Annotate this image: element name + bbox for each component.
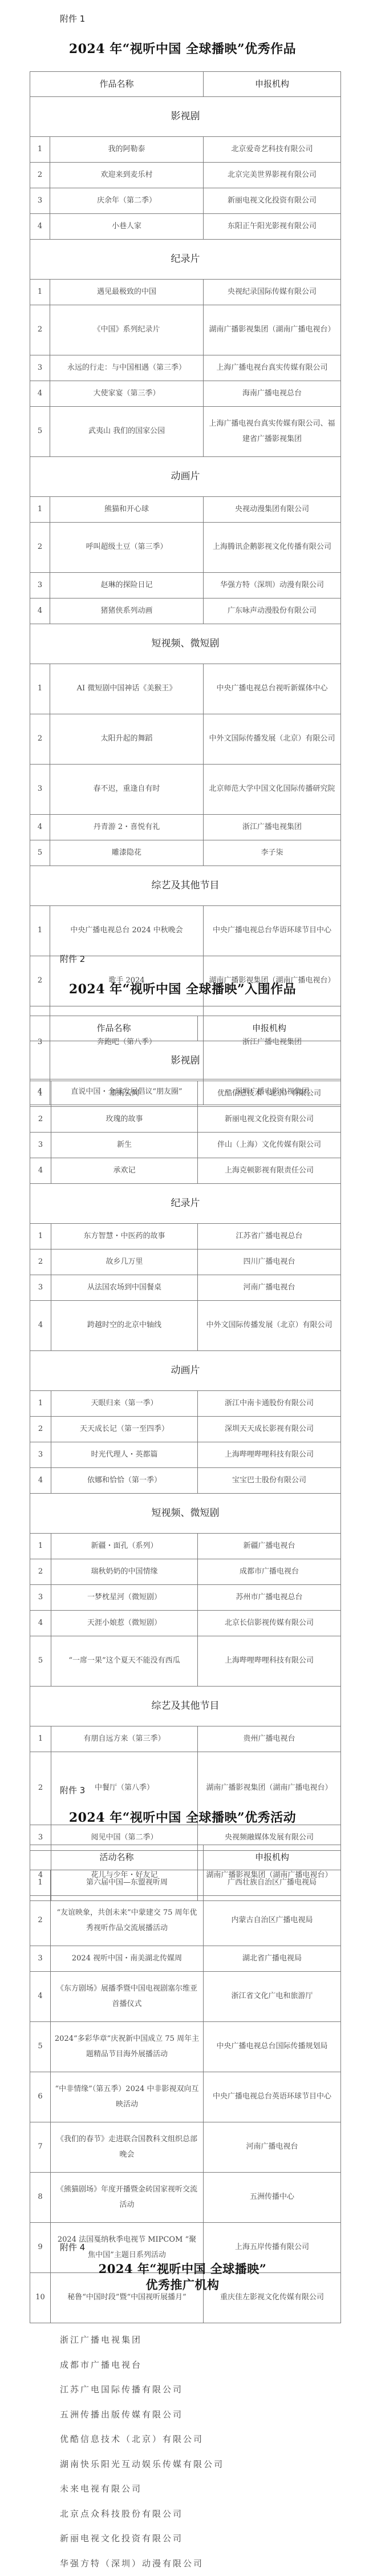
table-row: 1东方智慧・中医药的故事江苏省广播电视总台 bbox=[30, 1224, 341, 1249]
org-name: 内蒙古自治区广播电视局 bbox=[204, 1896, 341, 1946]
row-number: 3 bbox=[30, 1133, 51, 1158]
org-name: 优酷信息技术（北京）有限公司 bbox=[198, 1081, 341, 1107]
list-item: 优酷信息技术（北京）有限公司 bbox=[60, 2427, 224, 2452]
annex-3-title: 2024 年“视听中国 全球播映”优秀活动 bbox=[0, 1810, 365, 1827]
table-row: 2欢迎来到麦乐村北京完美世界影视有限公司 bbox=[30, 163, 341, 188]
activity-name: “中非情缘”（第五季）2024 中非影视双向互映活动 bbox=[51, 2072, 204, 2122]
table-row: 8《熊猫剧场》年度开播暨金砖国家视听交流活动五洲传播中心 bbox=[30, 2173, 341, 2223]
list-item: 华强方特（深圳）动漫有限公司 bbox=[60, 2551, 224, 2576]
row-number: 4 bbox=[30, 1972, 51, 2022]
table-row: 6“中非情缘”（第五季）2024 中非影视双向互映活动中央广播电视总台英语环球节… bbox=[30, 2072, 341, 2122]
activity-name: 《我们的春节》走进联合国教科文组织总部晚会 bbox=[51, 2122, 204, 2173]
list-item: 江苏广电国际传播有限公司 bbox=[60, 2377, 224, 2403]
row-number: 7 bbox=[30, 2122, 51, 2173]
table-header-row: 作品名称 申报机构 bbox=[30, 1016, 341, 1041]
org-name: 河南广播电视台 bbox=[198, 1275, 341, 1301]
table-row: 5“一席一果”这个夏天不能没有西瓜上海哔哩哔哩科技有限公司 bbox=[30, 1636, 341, 1687]
table-row: 2瑞秋奶奶的中国情缘成都市广播电视台 bbox=[30, 1559, 341, 1585]
table-header-row: 作品名称 申报机构 bbox=[30, 72, 341, 97]
table-header-row: 活动名称 申报机构 bbox=[30, 1845, 341, 1870]
activity-name: 第六届中国—东盟视听周 bbox=[51, 1870, 204, 1896]
org-name: 上海哔哩哔哩科技有限公司 bbox=[198, 1636, 341, 1687]
org-name: 贵州广播电视台 bbox=[198, 1726, 341, 1752]
row-number: 4 bbox=[30, 1611, 51, 1636]
org-name: 中外文国际传播发展（北京）有限公司 bbox=[198, 1301, 341, 1351]
work-name: 太阳升起的舞蹈 bbox=[50, 714, 204, 765]
row-number: 5 bbox=[30, 1636, 51, 1687]
table-row: 4大使家宴（第三季）海南广播电视总台 bbox=[30, 381, 341, 407]
table-row: 4小巷人家东阳正午阳光影视有限公司 bbox=[30, 214, 341, 240]
row-number: 2 bbox=[30, 1896, 51, 1946]
work-name: 天眼归来（第一季） bbox=[51, 1391, 198, 1417]
row-number: 4 bbox=[30, 381, 50, 407]
org-name: 中央广播电视总台国际传播规划局 bbox=[204, 2022, 341, 2072]
org-name: 中央广播电视总台英语环球节目中心 bbox=[204, 2072, 341, 2122]
section-heading: 综艺及其他节目 bbox=[30, 866, 341, 906]
row-number: 1 bbox=[30, 906, 50, 956]
org-name: 湖南广播影视集团（湖南广播电视台） bbox=[204, 305, 341, 355]
row-number: 1 bbox=[30, 1726, 51, 1752]
org-name: 北京师范大学中国文化国际传播研究院 bbox=[204, 765, 341, 815]
table-row: 1天眼归来（第一季）浙江中南卡通股份有限公司 bbox=[30, 1391, 341, 1417]
row-number: 3 bbox=[30, 765, 50, 815]
annex-3-label: 附件 3 bbox=[60, 1784, 85, 1796]
list-item: 湖南快乐阳光互动娱乐传媒有限公司 bbox=[60, 2452, 224, 2477]
table-row: 3从法国农场到中国餐桌河南广播电视台 bbox=[30, 1275, 341, 1301]
row-number: 2 bbox=[30, 1559, 51, 1585]
work-name: 承欢记 bbox=[51, 1158, 198, 1184]
section-heading: 影视剧 bbox=[30, 1041, 341, 1081]
work-name: 我的阿勒泰 bbox=[50, 137, 204, 163]
table-row: 1熊猫和开心球央视动漫集团有限公司 bbox=[30, 497, 341, 523]
work-name: 呼叫超级土豆（第三季） bbox=[50, 523, 204, 573]
org-name: 上海广播电视台真实传媒有限公司 bbox=[204, 355, 341, 381]
org-name: 上海广播电视台真实传媒有限公司、福建省广播影视集团 bbox=[204, 407, 341, 457]
row-number: 1 bbox=[30, 1224, 51, 1249]
work-name: 丹青游 2・喜悦有礼 bbox=[50, 815, 204, 840]
section-heading: 纪录片 bbox=[30, 240, 341, 280]
row-number: 2 bbox=[30, 1107, 51, 1133]
org-name: 中外文国际传播发展（北京）有限公司 bbox=[204, 714, 341, 765]
work-name: 故乡几万里 bbox=[51, 1249, 198, 1275]
list-item: 未来电视有限公司 bbox=[60, 2477, 224, 2502]
row-number: 4 bbox=[30, 598, 50, 624]
header-org: 申报机构 bbox=[204, 72, 341, 97]
org-name: 深圳天天成长影视有限公司 bbox=[198, 1417, 341, 1442]
table-row: 1墨雨云间优酷信息技术（北京）有限公司 bbox=[30, 1081, 341, 1107]
table-row: 4依娜和恰恰（第一季）宝宝巴士股份有限公司 bbox=[30, 1468, 341, 1494]
list-item: 浙江广播电视集团 bbox=[60, 2328, 224, 2353]
annex-2-title: 2024 年“视听中国 全球播映”入围作品 bbox=[0, 981, 365, 998]
work-name: 东方智慧・中医药的故事 bbox=[51, 1224, 198, 1249]
row-number: 3 bbox=[30, 1275, 51, 1301]
list-item: 五洲传播出版传媒有限公司 bbox=[60, 2403, 224, 2428]
work-name: 猪猪侠系列动画 bbox=[50, 598, 204, 624]
org-name: 河南广播电视台 bbox=[204, 2122, 341, 2173]
work-name: 天天成长记（第一至四季） bbox=[51, 1417, 198, 1442]
list-item: 新丽电视文化投资有限公司 bbox=[60, 2526, 224, 2551]
org-name: 北京爱奇艺科技有限公司 bbox=[204, 137, 341, 163]
activity-name: 2024 视听中国・南美湖北传媒周 bbox=[51, 1946, 204, 1972]
table-row: 7《我们的春节》走进联合国教科文组织总部晚会河南广播电视台 bbox=[30, 2122, 341, 2173]
row-number: 1 bbox=[30, 1534, 51, 1559]
table-row: 2故乡几万里四川广播电视台 bbox=[30, 1249, 341, 1275]
row-number: 1 bbox=[30, 1081, 51, 1107]
section-heading: 短视频、微短剧 bbox=[30, 624, 341, 664]
table-row: 32024 视听中国・南美湖北传媒周湖北省广播电视局 bbox=[30, 1946, 341, 1972]
work-name: 一梦枕星河（微短剧） bbox=[51, 1585, 198, 1611]
org-name: 伴山（上海）文化传媒有限公司 bbox=[198, 1133, 341, 1158]
work-name: 新生 bbox=[51, 1133, 198, 1158]
table-row: 52024“多彩华章”庆祝新中国成立 75 周年主题精品节目海外展播活动中央广播… bbox=[30, 2022, 341, 2072]
row-number: 2 bbox=[30, 1249, 51, 1275]
list-item: 成都市广播电视台 bbox=[60, 2353, 224, 2378]
work-name: 《中国》系列纪录片 bbox=[50, 305, 204, 355]
header-org: 申报机构 bbox=[204, 1845, 341, 1870]
activity-name: 《东方剧场》展播季暨中国电视剧塞尔维亚首播仪式 bbox=[51, 1972, 204, 2022]
annex-4-title-line-2: 优秀推广机构 bbox=[0, 2277, 365, 2293]
work-name: 天涯小娘惹（微短剧） bbox=[51, 1611, 198, 1636]
org-name: 新丽电视文化投资有限公司 bbox=[198, 1107, 341, 1133]
org-name: 北京长信影视传媒有限公司 bbox=[198, 1611, 341, 1636]
org-name: 上海哔哩哔哩科技有限公司 bbox=[198, 1442, 341, 1468]
row-number: 1 bbox=[30, 280, 50, 305]
annex-1-label: 附件 1 bbox=[60, 13, 85, 25]
work-name: 小巷人家 bbox=[50, 214, 204, 240]
org-name: 李子柒 bbox=[204, 840, 341, 866]
promotion-org-list: 浙江广播电视集团 成都市广播电视台 江苏广电国际传播有限公司 五洲传播出版传媒有… bbox=[60, 2328, 224, 2576]
row-number: 1 bbox=[30, 137, 50, 163]
work-name: 永远的行走：与中国相遇（第三季） bbox=[50, 355, 204, 381]
row-number: 3 bbox=[30, 1442, 51, 1468]
table-row: 2《中国》系列纪录片湖南广播影视集团（湖南广播电视台） bbox=[30, 305, 341, 355]
row-number: 5 bbox=[30, 2022, 51, 2072]
org-name: 海南广播电视总台 bbox=[204, 381, 341, 407]
work-name: AI 微短剧中国神话《美猴王》 bbox=[50, 664, 204, 714]
org-name: 苏州市广播电视总台 bbox=[198, 1585, 341, 1611]
annex-4-label: 附件 4 bbox=[60, 2241, 85, 2253]
row-number: 4 bbox=[30, 1468, 51, 1494]
work-name: 瑞秋奶奶的中国情缘 bbox=[51, 1559, 198, 1585]
table-row: 2太阳升起的舞蹈中外文国际传播发展（北京）有限公司 bbox=[30, 714, 341, 765]
table-row: 1有朋自远方来（第三季）贵州广播电视台 bbox=[30, 1726, 341, 1752]
section-heading: 综艺及其他节目 bbox=[30, 1687, 341, 1726]
annex-1-table: 作品名称 申报机构 影视剧 1我的阿勒泰北京爱奇艺科技有限公司 2欢迎来到麦乐村… bbox=[30, 71, 341, 1105]
table-row: 4天涯小娘惹（微短剧）北京长信影视传媒有限公司 bbox=[30, 1611, 341, 1636]
table-row: 2“友谊映象，共创未来”中蒙建交 75 周年优秀视听作品交流展播活动内蒙古自治区… bbox=[30, 1896, 341, 1946]
work-name: 遇见最极致的中国 bbox=[50, 280, 204, 305]
row-number: 2 bbox=[30, 523, 50, 573]
row-number: 6 bbox=[30, 2072, 51, 2122]
row-number: 5 bbox=[30, 840, 50, 866]
org-name: 东阳正午阳光影视有限公司 bbox=[204, 214, 341, 240]
table-row: 1中央广播电视总台 2024 中秋晚会中央广播电视总台华语环球节目中心 bbox=[30, 906, 341, 956]
annex-1-title: 2024 年“视听中国 全球播映”优秀作品 bbox=[0, 41, 365, 58]
row-number: 3 bbox=[30, 188, 50, 214]
work-name: 赵琳的探险日记 bbox=[50, 573, 204, 598]
annex-2-table: 作品名称 申报机构 影视剧 1墨雨云间优酷信息技术（北京）有限公司 2玫瑰的故事… bbox=[30, 1016, 341, 1901]
org-name: 江苏省广播电视总台 bbox=[198, 1224, 341, 1249]
work-name: 雕漆隐花 bbox=[50, 840, 204, 866]
table-row: 4《东方剧场》展播季暨中国电视剧塞尔维亚首播仪式浙江省文化广电和旅游厅 bbox=[30, 1972, 341, 2022]
work-name: 新疆・面孔（系列） bbox=[51, 1534, 198, 1559]
table-row: 4承欢记上海克顿影视有限责任公司 bbox=[30, 1158, 341, 1184]
work-name: 从法国农场到中国餐桌 bbox=[51, 1275, 198, 1301]
section-heading: 短视频、微短剧 bbox=[30, 1494, 341, 1534]
table-row: 3一梦枕星河（微短剧）苏州市广播电视总台 bbox=[30, 1585, 341, 1611]
table-row: 4猪猪侠系列动画广东咏声动漫股份有限公司 bbox=[30, 598, 341, 624]
row-number: 5 bbox=[30, 407, 50, 457]
table-row: 3赵琳的探险日记华强方特（深圳）动漫有限公司 bbox=[30, 573, 341, 598]
org-name: 北京完美世界影视有限公司 bbox=[204, 163, 341, 188]
table-row: 4丹青游 2・喜悦有礼浙江广播电视集团 bbox=[30, 815, 341, 840]
header-org: 申报机构 bbox=[198, 1016, 341, 1041]
org-name: 广西壮族自治区广播电视局 bbox=[204, 1870, 341, 1896]
org-name: 华强方特（深圳）动漫有限公司 bbox=[204, 573, 341, 598]
row-number: 4 bbox=[30, 1158, 51, 1184]
header-work-name: 作品名称 bbox=[30, 72, 204, 97]
work-name: 时光代理人・英都篇 bbox=[51, 1442, 198, 1468]
table-row: 1AI 微短剧中国神话《美猴王》中央广播电视总台视听新媒体中心 bbox=[30, 664, 341, 714]
row-number: 1 bbox=[30, 497, 50, 523]
table-row: 1第六届中国—东盟视听周广西壮族自治区广播电视局 bbox=[30, 1870, 341, 1896]
row-number: 4 bbox=[30, 1301, 51, 1351]
section-heading: 纪录片 bbox=[30, 1184, 341, 1224]
row-number: 1 bbox=[30, 664, 50, 714]
org-name: 四川广播电视台 bbox=[198, 1249, 341, 1275]
annex-2-label: 附件 2 bbox=[60, 953, 85, 965]
table-row: 1我的阿勒泰北京爱奇艺科技有限公司 bbox=[30, 137, 341, 163]
section-heading: 影视剧 bbox=[30, 97, 341, 137]
table-row: 3庆余年（第二季）新丽电视文化投资有限公司 bbox=[30, 188, 341, 214]
work-name: 大使家宴（第三季） bbox=[50, 381, 204, 407]
table-row: 3永远的行走：与中国相遇（第三季）上海广播电视台真实传媒有限公司 bbox=[30, 355, 341, 381]
org-name: 浙江广播电视集团 bbox=[204, 815, 341, 840]
table-row: 4跨越时空的北京中轴线中外文国际传播发展（北京）有限公司 bbox=[30, 1301, 341, 1351]
section-heading: 动画片 bbox=[30, 1351, 341, 1391]
work-name: 有朋自远方来（第三季） bbox=[51, 1726, 198, 1752]
row-number: 8 bbox=[30, 2173, 51, 2223]
table-row: 2玫瑰的故事新丽电视文化投资有限公司 bbox=[30, 1107, 341, 1133]
table-row: 1遇见最极致的中国央视纪录国际传媒有限公司 bbox=[30, 280, 341, 305]
table-row: 2呼叫超级土豆（第三季）上海腾讯企鹅影视文化传播有限公司 bbox=[30, 523, 341, 573]
org-name: 央视动漫集团有限公司 bbox=[204, 497, 341, 523]
work-name: 武夷山 我们的国家公园 bbox=[50, 407, 204, 457]
org-name: 新疆广播电视台 bbox=[198, 1534, 341, 1559]
work-name: 跨越时空的北京中轴线 bbox=[51, 1301, 198, 1351]
org-name: 上海腾讯企鹅影视文化传播有限公司 bbox=[204, 523, 341, 573]
row-number: 2 bbox=[30, 714, 50, 765]
org-name: 湖北省广播电视局 bbox=[204, 1946, 341, 1972]
org-name: 五洲传播中心 bbox=[204, 2173, 341, 2223]
section-heading: 动画片 bbox=[30, 457, 341, 497]
org-name: 宝宝巴士股份有限公司 bbox=[198, 1468, 341, 1494]
work-name: 墨雨云间 bbox=[51, 1081, 198, 1107]
org-name: 成都市广播电视台 bbox=[198, 1559, 341, 1585]
work-name: 玫瑰的故事 bbox=[51, 1107, 198, 1133]
row-number: 4 bbox=[30, 815, 50, 840]
org-name: 广东咏声动漫股份有限公司 bbox=[204, 598, 341, 624]
row-number: 3 bbox=[30, 355, 50, 381]
header-activity-name: 活动名称 bbox=[30, 1845, 204, 1870]
table-row: 5武夷山 我们的国家公园上海广播电视台真实传媒有限公司、福建省广播影视集团 bbox=[30, 407, 341, 457]
activity-name: “友谊映象，共创未来”中蒙建交 75 周年优秀视听作品交流展播活动 bbox=[51, 1896, 204, 1946]
table-row: 3新生伴山（上海）文化传媒有限公司 bbox=[30, 1133, 341, 1158]
row-number: 1 bbox=[30, 1391, 51, 1417]
row-number: 1 bbox=[30, 1870, 51, 1896]
org-name: 央视纪录国际传媒有限公司 bbox=[204, 280, 341, 305]
org-name: 中央广播电视总台视听新媒体中心 bbox=[204, 664, 341, 714]
activity-name: 2024“多彩华章”庆祝新中国成立 75 周年主题精品节目海外展播活动 bbox=[51, 2022, 204, 2072]
work-name: 欢迎来到麦乐村 bbox=[50, 163, 204, 188]
table-row: 2天天成长记（第一至四季）深圳天天成长影视有限公司 bbox=[30, 1417, 341, 1442]
work-name: “一席一果”这个夏天不能没有西瓜 bbox=[51, 1636, 198, 1687]
activity-name: 《熊猫剧场》年度开播暨金砖国家视听交流活动 bbox=[51, 2173, 204, 2223]
org-name: 中央广播电视总台华语环球节目中心 bbox=[204, 906, 341, 956]
work-name: 中央广播电视总台 2024 中秋晚会 bbox=[50, 906, 204, 956]
list-item: 北京点众科技股份有限公司 bbox=[60, 2502, 224, 2527]
row-number: 2 bbox=[30, 1417, 51, 1442]
org-name: 浙江中南卡通股份有限公司 bbox=[198, 1391, 341, 1417]
work-name: 春不迟，重逢自有时 bbox=[50, 765, 204, 815]
row-number: 2 bbox=[30, 305, 50, 355]
org-name: 上海克顿影视有限责任公司 bbox=[198, 1158, 341, 1184]
org-name: 新丽电视文化投资有限公司 bbox=[204, 188, 341, 214]
header-work-name: 作品名称 bbox=[30, 1016, 198, 1041]
work-name: 依娜和恰恰（第一季） bbox=[51, 1468, 198, 1494]
row-number: 4 bbox=[30, 214, 50, 240]
table-row: 5雕漆隐花李子柒 bbox=[30, 840, 341, 866]
org-name: 浙江省文化广电和旅游厅 bbox=[204, 1972, 341, 2022]
annex-4-title: 2024 年“视听中国 全球播映” 优秀推广机构 bbox=[0, 2261, 365, 2294]
row-number: 3 bbox=[30, 573, 50, 598]
table-row: 3春不迟，重逢自有时北京师范大学中国文化国际传播研究院 bbox=[30, 765, 341, 815]
annex-4-title-line-1: 2024 年“视听中国 全球播映” bbox=[0, 2261, 365, 2277]
row-number: 3 bbox=[30, 1585, 51, 1611]
table-row: 3时光代理人・英都篇上海哔哩哔哩科技有限公司 bbox=[30, 1442, 341, 1468]
work-name: 熊猫和开心球 bbox=[50, 497, 204, 523]
work-name: 庆余年（第二季） bbox=[50, 188, 204, 214]
table-row: 1新疆・面孔（系列）新疆广播电视台 bbox=[30, 1534, 341, 1559]
row-number: 3 bbox=[30, 1946, 51, 1972]
row-number: 2 bbox=[30, 163, 50, 188]
